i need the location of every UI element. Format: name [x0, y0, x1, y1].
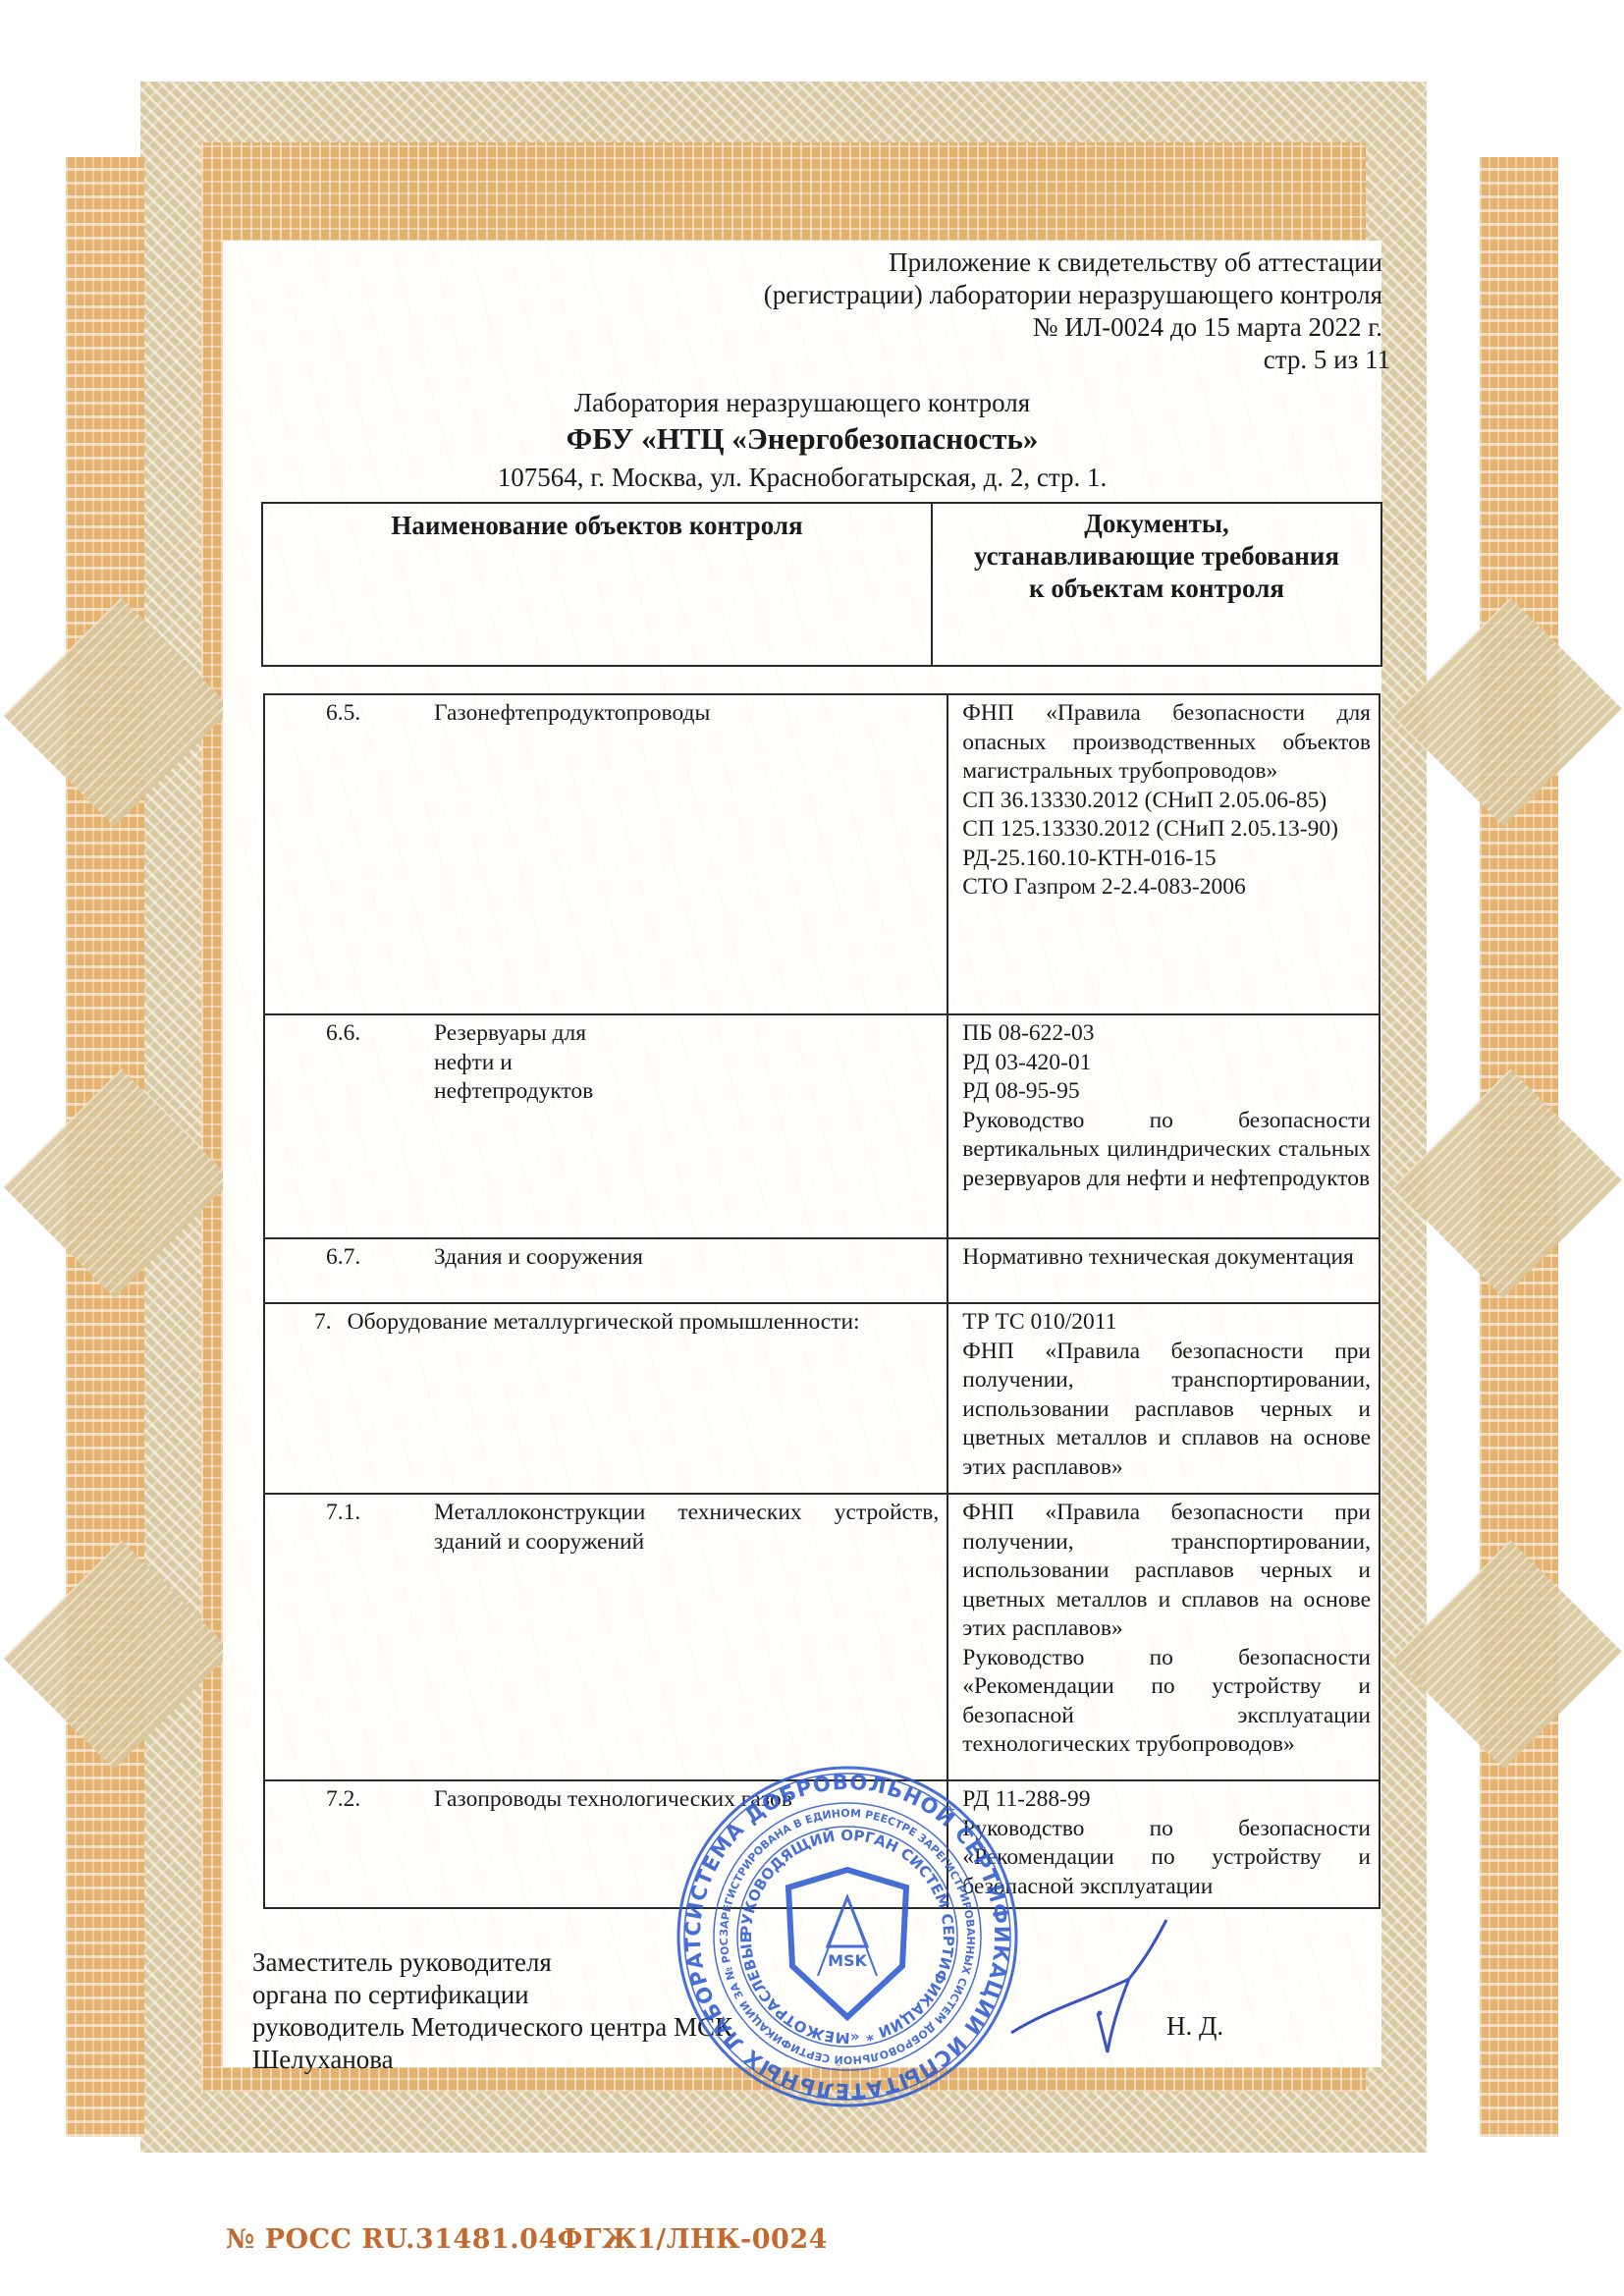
row-number: 7.1.: [326, 1499, 360, 1528]
row-object-name: Газонефтепродуктопроводы: [265, 695, 947, 729]
table-row: 7.1.Металлоконструкции технических устро…: [264, 1494, 1380, 1780]
organization-address: 107564, г. Москва, ул. Краснобогатырская…: [223, 461, 1381, 494]
column-header-documents-text: Документы, устанавливающие требования к …: [933, 508, 1380, 605]
row-documents: ТР ТС 010/2011 ФНП «Правила безопасности…: [947, 1303, 1380, 1494]
column-header-objects: Наименование объектов контроля: [262, 503, 932, 666]
column-header-documents: Документы, устанавливающие требования к …: [932, 503, 1381, 666]
organization-name: ФБУ «НТЦ «Энергобезопасность»: [223, 420, 1381, 458]
document-ref: ФНП «Правила безопасности для опасных пр…: [962, 699, 1371, 787]
row-number: 7.: [314, 1309, 332, 1335]
row-documents: ФНП «Правила безопасности при получении,…: [947, 1494, 1380, 1780]
row-object-name: Резервуары для нефти и нефтепродуктов: [265, 1015, 947, 1107]
document-ref: ФНП «Правила безопасности при получении,…: [962, 1338, 1371, 1483]
signatory-block: Заместитель руководителя органа по серти…: [252, 1946, 732, 2076]
svg-text:MSK: MSK: [828, 1951, 867, 1970]
certification-stamp: СИСТЕМА ДОБРОВОЛЬНОЙ СЕРТИФИКАЦИИ ИСПЫТА…: [671, 1760, 1024, 2113]
page-number: стр. 5 из 11: [1264, 344, 1390, 376]
header-line: (регистрации) лаборатории неразрушающего…: [764, 279, 1382, 311]
document-ref: СП 125.13330.2012 (СНиП 2.05.13-90): [962, 815, 1371, 845]
document-ref: ПБ 08-622-03: [962, 1019, 1371, 1049]
document-ref: СТО Газпром 2-2.4-083-2006: [962, 873, 1371, 902]
row-object-name-text: Оборудование металлургической промышленн…: [348, 1309, 860, 1335]
table-row: 7.Оборудование металлургической промышле…: [264, 1303, 1380, 1494]
attachment-header: Приложение к свидетельству об аттестации…: [764, 246, 1382, 344]
document-ref: СП 36.13330.2012 (СНиП 2.05.06-85): [962, 787, 1371, 816]
document-ref: РД 03-420-01: [962, 1049, 1371, 1078]
braid-knot: [1392, 597, 1621, 826]
table-row: 6.7.Здания и сооружения Нормативно техни…: [264, 1238, 1380, 1303]
row-number: 6.7.: [326, 1243, 360, 1273]
document-ref: ТР ТС 010/2011: [962, 1308, 1371, 1338]
document-ref: Нормативно техническая документация: [962, 1243, 1371, 1273]
braid-knot: [1392, 1540, 1621, 1769]
signatory-line: органа по сертификации: [252, 1979, 732, 2011]
signatory-line: Заместитель руководителя: [252, 1946, 732, 1979]
signatory-line: Шелуханова: [252, 2044, 732, 2076]
row-documents: ПБ 08-622-03 РД 03-420-01 РД 08-95-95 Ру…: [947, 1014, 1380, 1238]
document-ref: РД 08-95-95: [962, 1077, 1371, 1107]
braid-knot: [1392, 1068, 1621, 1297]
signatory-line: руководитель Методического центра МСК: [252, 2011, 732, 2044]
registration-number: № РОСС RU.31481.04ФГЖ1/ЛНК-0024: [226, 2224, 828, 2255]
document-ref: ФНП «Правила безопасности при получении,…: [962, 1499, 1371, 1644]
table-header: Наименование объектов контроля Документы…: [261, 502, 1382, 667]
row-documents: ФНП «Правила безопасности для опасных пр…: [947, 694, 1380, 1014]
objects-table: 6.5.Газонефтепродуктопроводы ФНП «Правил…: [263, 693, 1380, 1909]
row-object-name: 7.Оборудование металлургической промышле…: [265, 1304, 947, 1338]
row-object-name: Здания и сооружения: [265, 1239, 947, 1273]
table-row: 6.6.Резервуары для нефти и нефтепродукто…: [264, 1014, 1380, 1238]
document-ref: РД-25.160.10-КТН-016-15: [962, 845, 1371, 874]
header-line: № ИЛ-0024 до 15 марта 2022 г.: [764, 311, 1382, 344]
document-ref: Руководство по безопасности «Рекомендаци…: [962, 1644, 1371, 1760]
row-number: 6.6.: [326, 1019, 360, 1049]
lab-title: Лаборатория неразрушающего контроля: [223, 386, 1381, 419]
row-object-name: Металлоконструкции технических устройств…: [265, 1495, 947, 1557]
row-number: 7.2.: [326, 1785, 360, 1815]
row-number: 6.5.: [326, 699, 360, 729]
table-row: 6.5.Газонефтепродуктопроводы ФНП «Правил…: [264, 694, 1380, 1014]
document-ref: Руководство по безопасности вертикальных…: [962, 1107, 1371, 1194]
row-documents: Нормативно техническая документация: [947, 1238, 1380, 1303]
header-line: Приложение к свидетельству об аттестации: [764, 246, 1382, 279]
